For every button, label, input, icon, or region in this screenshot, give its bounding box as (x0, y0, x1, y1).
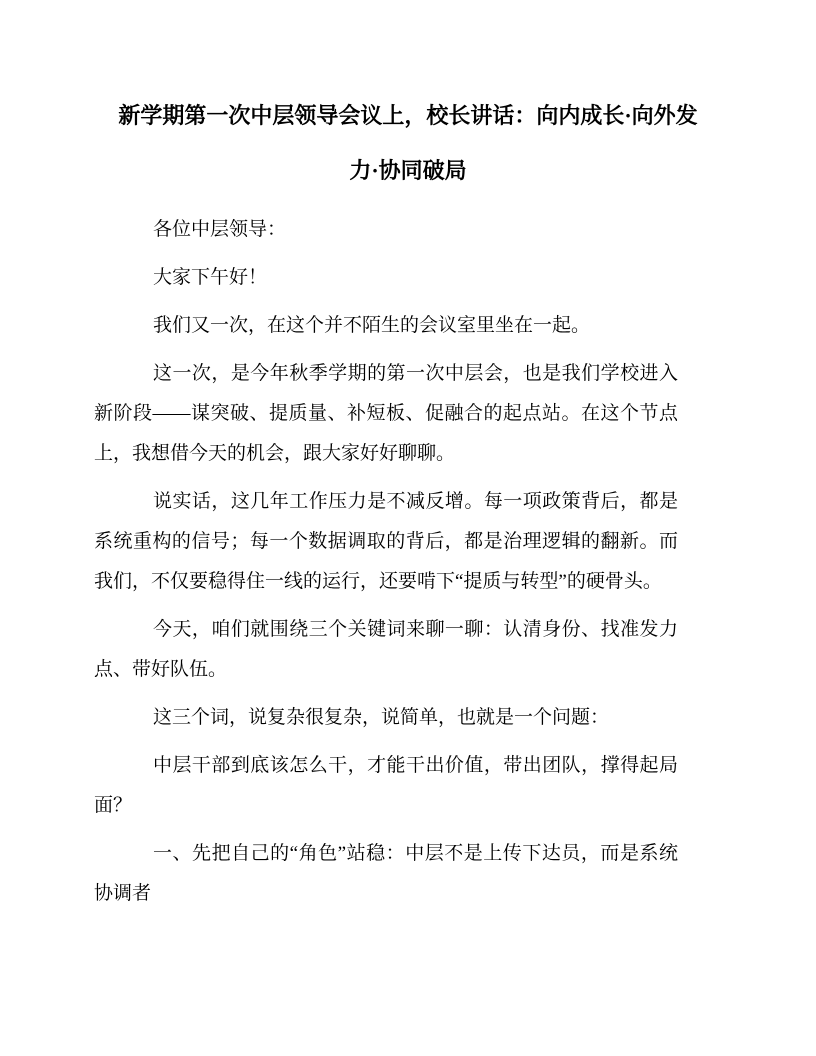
paragraph: 中层干部到底该怎么干，才能干出价值，带出团队，撑得起局面？ (94, 746, 678, 826)
document-title: 新学期第一次中层领导会议上，校长讲话：向内成长·向外发力·协同破局 (118, 88, 698, 198)
paragraph: 今天，咱们就围绕三个关键词来聊一聊：认清身份、找准发力点、带好队伍。 (94, 610, 678, 690)
document-content: 新学期第一次中层领导会议上，校长讲话：向内成长·向外发力·协同破局 各位中层领导… (0, 0, 816, 914)
paragraph: 这三个词，说复杂很复杂，说简单，也就是一个问题： (94, 698, 678, 738)
paragraph: 说实话，这几年工作压力是不减反增。每一项政策背后，都是系统重构的信号；每一个数据… (94, 482, 678, 602)
paragraph: 我们又一次，在这个并不陌生的会议室里坐在一起。 (94, 306, 678, 346)
paragraph-salutation: 各位中层领导： (94, 210, 678, 250)
paragraph: 这一次，是今年秋季学期的第一次中层会，也是我们学校进入新阶段——谋突破、提质量、… (94, 354, 678, 474)
document-page: 新学期第一次中层领导会议上，校长讲话：向内成长·向外发力·协同破局 各位中层领导… (0, 0, 816, 1056)
paragraph-section-heading: 一、先把自己的“角色”站稳：中层不是上传下达员，而是系统协调者 (94, 834, 678, 914)
document-body: 各位中层领导： 大家下午好！ 我们又一次，在这个并不陌生的会议室里坐在一起。 这… (94, 210, 678, 914)
paragraph-greeting: 大家下午好！ (94, 258, 678, 298)
